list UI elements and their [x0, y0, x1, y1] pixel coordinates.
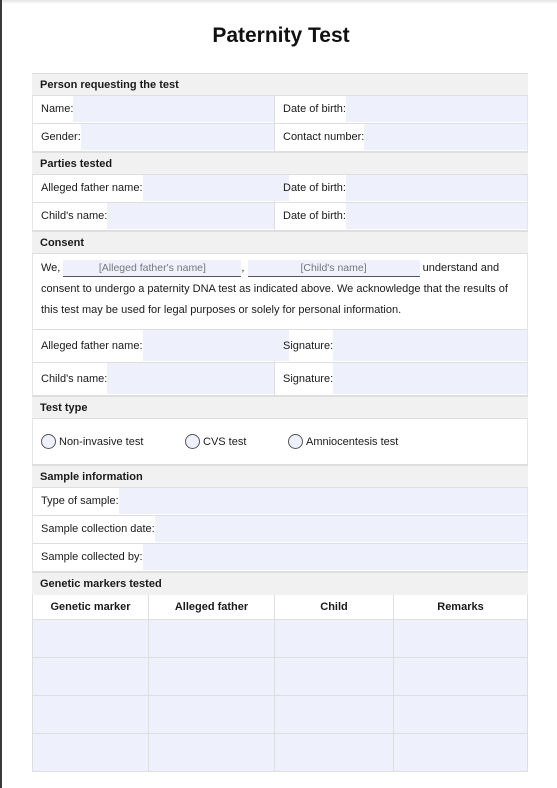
section-test-type-heading: Test type: [32, 396, 528, 419]
child-signature-field[interactable]: [333, 363, 527, 394]
page-title: Paternity Test: [0, 24, 557, 48]
contact-label: Contact number:: [275, 124, 364, 151]
parties-row-1: Alleged father name: Date of birth:: [32, 175, 528, 203]
section-sample-heading: Sample information: [32, 465, 528, 488]
sample-row-date: Sample collection date:: [32, 516, 528, 544]
consent-row-1: Alleged father name: Signature:: [32, 330, 528, 363]
col-genetic-marker: Genetic marker: [33, 595, 149, 620]
sample-row-type: Type of sample:: [32, 488, 528, 516]
table-cell[interactable]: [394, 620, 528, 658]
parties-row-2: Child's name: Date of birth:: [32, 203, 528, 231]
table-row: [33, 658, 528, 696]
radio-circle-icon[interactable]: [41, 434, 56, 449]
section-parties-heading: Parties tested: [32, 152, 528, 175]
table-cell[interactable]: [275, 658, 394, 696]
table-cell[interactable]: [149, 696, 275, 734]
gender-label: Gender:: [33, 124, 81, 151]
consent-row-2: Child's name: Signature:: [32, 363, 528, 396]
radio-label: Amniocentesis test: [306, 436, 398, 448]
consent-father-field[interactable]: [143, 330, 289, 361]
radio-label: CVS test: [203, 436, 246, 448]
sample-type-label: Type of sample:: [33, 488, 119, 515]
child-name-label: Child's name:: [33, 203, 107, 230]
table-cell[interactable]: [275, 696, 394, 734]
table-cell[interactable]: [275, 734, 394, 772]
sample-collector-field[interactable]: [143, 544, 528, 570]
father-name-field[interactable]: [143, 175, 289, 201]
child-signature-label: Signature:: [275, 363, 333, 395]
child-dob-field[interactable]: [346, 203, 527, 229]
table-cell[interactable]: [149, 658, 275, 696]
radio-amniocentesis[interactable]: Amniocentesis test: [288, 434, 398, 449]
radio-non-invasive[interactable]: Non-invasive test: [41, 434, 185, 449]
dob-label: Date of birth:: [275, 96, 346, 123]
radio-circle-icon[interactable]: [185, 434, 200, 449]
consent-we: We,: [41, 262, 60, 274]
table-cell[interactable]: [33, 696, 149, 734]
section-requester-heading: Person requesting the test: [32, 73, 528, 96]
section-consent-heading: Consent: [32, 231, 528, 254]
genetic-markers-table: Genetic marker Alleged father Child Rema…: [32, 595, 528, 772]
table-row: [33, 696, 528, 734]
consent-father-blank[interactable]: [Alleged father's name]: [63, 260, 241, 277]
child-name-field[interactable]: [107, 203, 274, 229]
sample-type-field[interactable]: [119, 488, 527, 514]
father-signature-label: Signature:: [275, 330, 333, 362]
father-dob-label: Date of birth:: [275, 175, 346, 202]
father-name-label: Alleged father name:: [33, 175, 143, 202]
table-cell[interactable]: [149, 734, 275, 772]
requester-row-1: Name: Date of birth:: [32, 96, 528, 124]
father-signature-field[interactable]: [333, 330, 527, 361]
sample-date-field[interactable]: [155, 516, 527, 542]
consent-statement: We, [Alleged father's name], [Child's na…: [32, 254, 528, 330]
table-cell[interactable]: [394, 696, 528, 734]
consent-child-blank[interactable]: [Child's name]: [248, 260, 420, 277]
table-cell[interactable]: [394, 658, 528, 696]
col-remarks: Remarks: [394, 595, 528, 620]
col-alleged-father: Alleged father: [149, 595, 275, 620]
radio-circle-icon[interactable]: [288, 434, 303, 449]
page-shadow: [2, 0, 557, 4]
test-type-options: Non-invasive test CVS test Amniocentesis…: [32, 419, 528, 465]
table-cell[interactable]: [275, 620, 394, 658]
table-row: [33, 734, 528, 772]
paternity-form: Person requesting the test Name: Date of…: [32, 73, 528, 772]
table-cell[interactable]: [33, 620, 149, 658]
radio-cvs[interactable]: CVS test: [185, 434, 288, 449]
table-cell[interactable]: [394, 734, 528, 772]
requester-dob-field[interactable]: [346, 96, 527, 122]
table-cell[interactable]: [149, 620, 275, 658]
requester-row-2: Gender: Contact number:: [32, 124, 528, 152]
col-child: Child: [275, 595, 394, 620]
sample-collector-label: Sample collected by:: [33, 544, 143, 571]
table-row: [33, 620, 528, 658]
requester-contact-field[interactable]: [364, 124, 527, 150]
table-cell[interactable]: [33, 658, 149, 696]
table-header-row: Genetic marker Alleged father Child Rema…: [33, 595, 528, 620]
child-dob-label: Date of birth:: [275, 203, 346, 230]
radio-label: Non-invasive test: [59, 436, 143, 448]
consent-child-label: Child's name:: [33, 363, 107, 395]
consent-father-label: Alleged father name:: [33, 330, 143, 362]
name-label: Name:: [33, 96, 73, 123]
window-edge: [0, 0, 2, 788]
section-markers-heading: Genetic markers tested: [32, 572, 528, 595]
requester-gender-field[interactable]: [81, 124, 274, 150]
father-dob-field[interactable]: [346, 175, 527, 201]
table-cell[interactable]: [33, 734, 149, 772]
requester-name-field[interactable]: [73, 96, 274, 122]
consent-comma: ,: [241, 262, 244, 274]
sample-row-collector: Sample collected by:: [32, 544, 528, 572]
sample-date-label: Sample collection date:: [33, 516, 155, 543]
consent-child-field[interactable]: [107, 363, 274, 394]
